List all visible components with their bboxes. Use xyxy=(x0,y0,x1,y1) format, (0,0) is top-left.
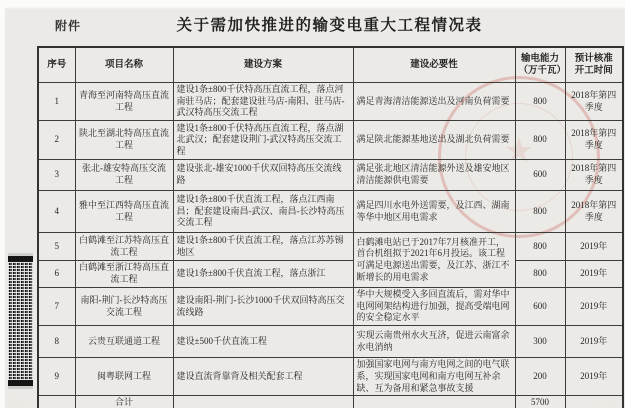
cell-no: 3 xyxy=(38,160,75,191)
cell-project-name: 青海至河南特高压直流工程 xyxy=(75,83,173,121)
header-plan: 建设方案 xyxy=(173,47,353,83)
total-capacity: 5700 xyxy=(515,396,565,408)
cell-no: 2 xyxy=(38,121,75,160)
cell-necessity: 加强国家电网与南方电网之间的电气联系，实现国家电网和南方电网互补余缺、互为备用和… xyxy=(353,358,515,396)
cell-plan: 建设直流背靠背及相关配套工程 xyxy=(173,358,353,396)
cell-necessity: 白鹤滩电站已于2017年7月核准开工，首台机组拟于2021年6月投运。该工程可满… xyxy=(353,233,515,288)
scanned-document-page: { "page": { "attachment_label": "附件", "t… xyxy=(0,0,625,408)
table-row: 9闽粤联网工程建设直流背靠背及相关配套工程加强国家电网与南方电网之间的电气联系，… xyxy=(38,358,623,396)
cell-no: 5 xyxy=(38,233,75,261)
cell-plan: 建设1条±800千伏直流工程，落点江西南昌；配套建设南昌-武汉、南昌-长沙特高压… xyxy=(173,191,353,233)
table-row: 8云贵互联通道工程建设±500千伏直流工程实现云南贵州水火互济，促进云南富余水电… xyxy=(38,326,623,358)
cell-project-name: 白鹤滩至江苏特高压直流工程 xyxy=(75,233,173,261)
cell-no: 6 xyxy=(38,261,75,288)
cell-plan: 建设1条±800千伏特高压直流工程，落点河南驻马店；配套建设驻马店-南阳、驻马店… xyxy=(173,83,353,121)
table-row: 1青海至河南特高压直流工程建设1条±800千伏特高压直流工程，落点河南驻马店；配… xyxy=(38,83,623,121)
header-project-name: 项目名称 xyxy=(75,47,173,83)
cell-project-name: 张北-雄安特高压交流工程 xyxy=(75,160,173,191)
cell-project-name: 陕北至湖北特高压直流工程 xyxy=(75,121,173,160)
cell-time: 2018年第四季度 xyxy=(565,83,623,121)
table-row: 7南阳-荆门-长沙特高压交流工程建设南阳-荆门-长沙1000千伏双回特高压交流线… xyxy=(38,288,623,326)
cell-capacity: 800 xyxy=(515,233,565,261)
cell-time: 2018年第四季度 xyxy=(565,191,623,233)
header-capacity: 输电能力 （万千瓦） xyxy=(515,47,565,83)
cell-no: 9 xyxy=(38,358,75,396)
table-row: 5白鹤滩至江苏特高压直流工程建设1条±800千伏直流工程，落点江苏苏锡地区白鹤滩… xyxy=(38,233,623,261)
cell-capacity: 800 xyxy=(515,121,565,160)
cell-necessity: 满足陕北能源基地送出及湖北负荷需要 xyxy=(353,121,515,160)
projects-tbody: 1青海至河南特高压直流工程建设1条±800千伏特高压直流工程，落点河南驻马店；配… xyxy=(38,83,623,396)
header-start-time: 预计核准 开工时间 xyxy=(565,47,623,83)
cell-capacity: 800 xyxy=(515,83,565,121)
cell-capacity: 300 xyxy=(515,326,565,358)
cell-project-name: 闽粤联网工程 xyxy=(75,358,173,396)
cell-time: 2018年第四季度 xyxy=(565,121,623,160)
total-empty-necessity xyxy=(353,396,515,408)
cell-project-name: 云贵互联通道工程 xyxy=(75,326,173,358)
cell-time: 2019年 xyxy=(565,233,623,261)
table-row: 3张北-雄安特高压交流工程建设张北-雄安1000千伏双回特高压交流线路满足张北地… xyxy=(38,160,623,191)
projects-table: 序号 项目名称 建设方案 建设必要性 输电能力 （万千瓦） 预计核准 开工时间 … xyxy=(37,46,624,408)
cell-no: 8 xyxy=(38,326,75,358)
cell-necessity: 满足青海清洁能源送出及河南负荷需要 xyxy=(353,83,515,121)
cell-no: 7 xyxy=(38,288,75,326)
cell-no: 1 xyxy=(38,83,75,121)
cell-time: 2019年 xyxy=(565,326,623,358)
cell-no: 4 xyxy=(38,191,75,233)
total-row: 合计 5700 xyxy=(38,396,623,408)
cell-necessity: 华中大规模受入多回直流后，需对华中电网网架结构进行加强，提高受端电网的安全稳定水… xyxy=(353,288,515,326)
total-empty-plan xyxy=(173,396,353,408)
cell-capacity: 600 xyxy=(515,160,565,191)
cell-plan: 建设张北-雄安1000千伏双回特高压交流线路 xyxy=(173,160,353,191)
cell-time: 2019年 xyxy=(565,358,623,396)
cell-time: 2019年 xyxy=(565,261,623,288)
total-empty-no xyxy=(38,396,75,408)
total-label: 合计 xyxy=(75,396,173,408)
table-header: 序号 项目名称 建设方案 建设必要性 输电能力 （万千瓦） 预计核准 开工时间 xyxy=(38,47,623,83)
table-row: 6白鹤滩至浙江特高压直流工程建设1条±800千伏直流工程，落点浙江8002019… xyxy=(38,261,623,288)
cell-project-name: 雅中至江西特高压直流工程 xyxy=(75,191,173,233)
cell-capacity: 800 xyxy=(515,191,565,233)
cell-time: 2019年 xyxy=(565,288,623,326)
cell-plan: 建设1条±800千伏直流工程，落点江苏苏锡地区 xyxy=(173,233,353,261)
cell-capacity: 600 xyxy=(515,288,565,326)
header-no: 序号 xyxy=(38,47,75,83)
cell-necessity: 满足张北地区清洁能源外送及雄安地区清洁能源供电需要 xyxy=(353,160,515,191)
cell-necessity: 实现云南贵州水火互济，促进云南富余水电消纳 xyxy=(353,326,515,358)
cell-plan: 建设南阳-荆门-长沙1000千伏双回特高压交流线路 xyxy=(173,288,353,326)
cell-plan: 建设1条±800千伏直流工程，落点浙江 xyxy=(173,261,353,288)
header-necessity: 建设必要性 xyxy=(353,47,515,83)
cell-plan: 建设1条±800千伏特高压直流工程，落点湖北武汉；配套建设荆门-武汉特高压交流工… xyxy=(173,121,353,160)
table-row: 4雅中至江西特高压直流工程建设1条±800千伏直流工程，落点江西南昌；配套建设南… xyxy=(38,191,623,233)
total-empty-time xyxy=(565,396,623,408)
cell-time: 2018年第四季度 xyxy=(565,160,623,191)
cell-necessity: 满足四川水电外送需要，及江西、湖南等华中地区用电需求 xyxy=(353,191,515,233)
cell-capacity: 800 xyxy=(515,261,565,288)
cell-project-name: 白鹤滩至浙江特高压直流工程 xyxy=(75,261,173,288)
cell-capacity: 200 xyxy=(515,358,565,396)
cell-project-name: 南阳-荆门-长沙特高压交流工程 xyxy=(75,288,173,326)
barcode-strip-icon xyxy=(8,256,33,386)
table-row: 2陕北至湖北特高压直流工程建设1条±800千伏特高压直流工程，落点湖北武汉；配套… xyxy=(38,121,623,160)
page-title: 关于需加快推进的输变电重大工程情况表 xyxy=(37,13,622,35)
cell-plan: 建设±500千伏直流工程 xyxy=(173,326,353,358)
table-footer: 合计 5700 xyxy=(38,396,623,408)
